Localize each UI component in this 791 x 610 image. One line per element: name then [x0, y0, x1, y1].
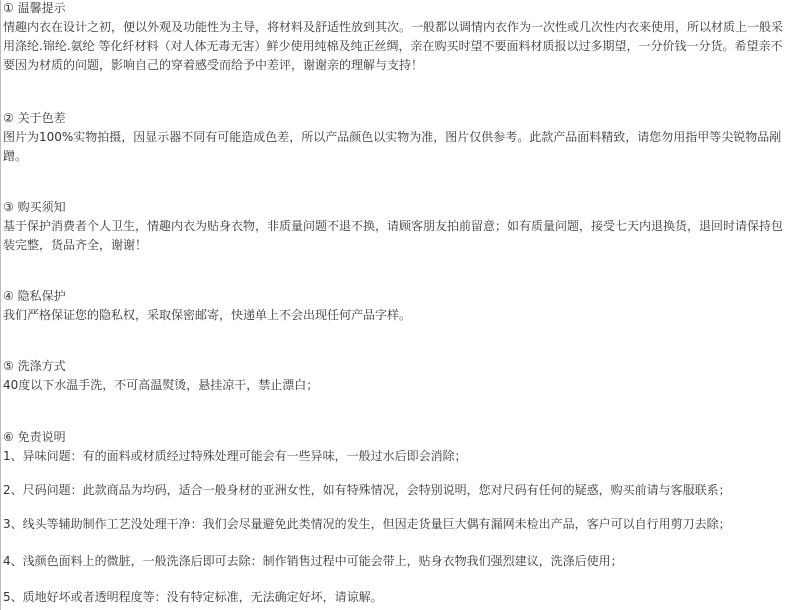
- section-text-line: 用涤纶.锦纶.氨纶 等化纤材料（对人体无毒无害）鲜少使用纯棉及纯正丝绸，亲在购买…: [3, 37, 782, 56]
- product-notice-document: ① 温馨提示 情趣内衣在设计之初，便以外观及功能性为主导，将材料及舒适性放到其次…: [0, 0, 791, 610]
- section-text-line: 装完整，货品齐全，谢谢！: [3, 236, 147, 255]
- section-text-line: 图片为100%实物拍摄，因显示器不同有可能造成色差，所以产品颜色以实物为准，图片…: [3, 128, 781, 147]
- disclaimer-item: 1、异味问题：有的面料或材质经过特殊处理可能会有一些异味，一般过水后即会消除；: [3, 447, 467, 466]
- disclaimer-item: 5、质地好坏或者透明程度等：没有特定标准，无法确定好坏，请谅解。: [3, 588, 383, 607]
- section-text-line: 40度以下水温手洗，不可高温熨烫，悬挂凉干，禁止漂白；: [3, 376, 318, 395]
- section-heading-tips: ① 温馨提示: [3, 0, 66, 18]
- disclaimer-item: 4、浅颜色面料上的微脏，一般洗涤后即可去除：制作销售过程中可能会带上，贴身衣物我…: [3, 552, 623, 571]
- section-heading-washing: ⑤ 洗涤方式: [3, 357, 66, 376]
- section-text-line: 要因为材质的问题，影响自己的穿着感受而给予中差评，谢谢亲的理解与支持！: [3, 56, 423, 75]
- section-text-line: 我们严格保证您的隐私权，采取保密邮寄，快递单上不会出现任何产品字样。: [3, 306, 411, 325]
- section-heading-disclaimer: ⑥ 免责说明: [3, 428, 66, 447]
- section-text-line: 基于保护消费者个人卫生，情趣内衣为贴身衣物，非质量问题不退不换，请顾客朋友拍前留…: [3, 217, 783, 236]
- section-text-line: 蹭。: [3, 147, 27, 166]
- disclaimer-item: 2、尺码问题：此款商品为均码，适合一般身材的亚洲女性，如有特殊情况，会特别说明，…: [3, 481, 731, 500]
- disclaimer-item: 3、线头等辅助制作工艺没处理干净：我们会尽量避免此类情况的发生，但因走货量巨大偶…: [3, 515, 731, 534]
- section-heading-color-difference: ② 关于色差: [3, 109, 66, 128]
- section-heading-purchase-notice: ③ 购买须知: [3, 198, 66, 217]
- section-text-line: 情趣内衣在设计之初，便以外观及功能性为主导，将材料及舒适性放到其次。一般都以调情…: [3, 18, 783, 37]
- section-heading-privacy: ④ 隐私保护: [3, 287, 66, 306]
